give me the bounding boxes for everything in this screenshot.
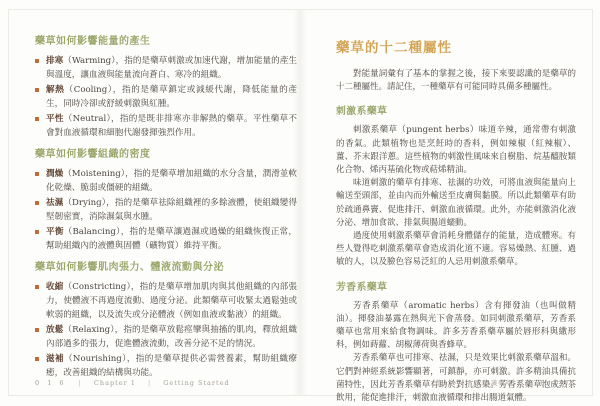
bullet-list: 排寒（Warming），指的是藥草刺激或加速代謝，增加能量的產生與溫度，讓血液與…: [35, 54, 297, 140]
bullet-square-icon: [35, 88, 39, 92]
paragraph: 味道刺激的藥草有排寒、祛濕的功效，可將血液與能量向上輸送至頭部，並由內而外輸送至…: [336, 177, 576, 230]
bullet-term: 滋補: [46, 354, 64, 364]
bullet-term-english: （Balancing）: [64, 227, 121, 237]
bullet-square-icon: [35, 201, 39, 205]
book-spread: 藥草如何影響能量的產生 排寒（Warming），指的是藥草刺激或加速代謝，增加能…: [0, 0, 600, 406]
bullet-term: 解熱: [46, 85, 65, 95]
right-page-footer: 第1章 | 認識藥草 | 0 1 7: [436, 379, 572, 387]
footer-divider: |: [79, 379, 82, 387]
page-number: 0 1 7: [540, 379, 572, 387]
bullet-term-english: （Relaxing）: [63, 325, 114, 335]
bullet-square-icon: [35, 328, 39, 332]
bullet-item: 祛濕（Drying），指的是藥草祛除組織裡的多餘液體，使組織變得堅韌密實，消除濕…: [35, 196, 297, 224]
chapter-title: 認識藥草: [483, 379, 513, 387]
footer-divider: |: [525, 379, 528, 387]
bullet-item: 排寒（Warming），指的是藥草刺激或加速代謝，增加能量的產生與溫度，讓血液與…: [35, 54, 297, 82]
section-heading: 藥草如何影響組織的密度: [35, 149, 297, 161]
page-number: 0 1 6: [35, 379, 67, 387]
bullet-square-icon: [35, 230, 39, 234]
bullet-item: 潤燥（Moistening），指的是藥草增加組織的水分含量，潤滑並軟化乾燥、脆弱…: [35, 167, 297, 195]
bullet-term: 祛濕: [46, 198, 63, 208]
left-page: 藥草如何影響能量的產生 排寒（Warming），指的是藥草刺激或加速代謝，增加能…: [35, 36, 297, 389]
subsection-heading-aromatic: 芳香系藥草: [336, 282, 576, 294]
page-title: 藥草的十二種屬性: [336, 40, 576, 56]
subsection-heading-pungent: 刺激系藥草: [336, 106, 576, 118]
bullet-term: 放鬆: [46, 325, 63, 335]
bullet-term-english: （Cooling）: [65, 85, 113, 95]
bullet-item: 滋補（Nourishing），指的是藥草提供必需營養素，幫助組織療癒，改善組織的…: [35, 352, 297, 380]
bullet-square-icon: [35, 172, 39, 176]
footer-divider: |: [468, 379, 471, 387]
bullet-item: 平性（Neutral），指的是既非排寒亦非解熱的藥草。平性藥草不會對血液循環和細…: [35, 112, 297, 140]
bullet-square-icon: [35, 59, 39, 63]
bullet-item: 解熱（Cooling），指的是藥草鎮定或減緩代謝，降低能量的產生，同時冷卻或舒緩…: [35, 83, 297, 111]
bullet-item: 放鬆（Relaxing），指的是藥草放鬆痙攣與抽搐的肌肉，釋放組織內部過多的張力…: [35, 323, 297, 351]
bullet-term: 排寒: [46, 56, 63, 66]
section-muscle-tone: 藥草如何影響肌肉張力、體液流動與分泌 收縮（Constricting），指的是藥…: [35, 262, 297, 380]
chapter-title: Getting Started: [163, 379, 229, 387]
chapter-label: 第1章: [436, 379, 456, 387]
bullet-term-english: （Moistening）: [63, 169, 125, 179]
footer-divider: |: [148, 379, 151, 387]
section-density: 藥草如何影響組織的密度 潤燥（Moistening），指的是藥草增加組織的水分含…: [35, 149, 297, 253]
intro-paragraph: 對能量詞彙有了基本的掌握之後，接下來要認識的是藥草的十二種屬性。請記住，一種藥草…: [336, 68, 576, 94]
paragraph: 芳香系藥草（aromatic herbs）含有揮發油（也叫做精油）。揮發油暴露在…: [336, 300, 576, 353]
bullet-list: 潤燥（Moistening），指的是藥草增加組織的水分含量，潤滑並軟化乾燥、脆弱…: [35, 167, 297, 253]
bullet-term-english: （Drying）: [63, 198, 106, 208]
section-heading: 藥草如何影響能量的產生: [35, 36, 297, 48]
left-page-footer: 0 1 6 | Chapter 1 | Getting Started: [35, 379, 230, 387]
chapter-label: Chapter 1: [94, 379, 136, 387]
bullet-square-icon: [35, 357, 39, 361]
bullet-term-english: （Warming）: [63, 56, 115, 66]
section-heading: 藥草如何影響肌肉張力、體液流動與分泌: [35, 262, 297, 274]
paragraph: 過度使用刺激系藥草會消耗身體儲存的能量，造成體寒。有些人覺得吃刺激系藥草會造成消…: [336, 230, 576, 270]
bullet-term: 收縮: [46, 282, 64, 292]
section-energy: 藥草如何影響能量的產生 排寒（Warming），指的是藥草刺激或加速代謝，增加能…: [35, 36, 297, 140]
bullet-term-english: （Neutral）: [64, 114, 111, 124]
bullet-term: 平性: [46, 114, 64, 124]
bullet-term: 平衡: [46, 227, 64, 237]
paragraph: 刺激系藥草（pungent herbs）味道辛辣，通常帶有刺激的香氣。此類植物也…: [336, 124, 576, 177]
bullet-item: 平衡（Balancing），指的是藥草讓過濕或過燥的組織恢復正常，幫助組織內的液…: [35, 225, 297, 253]
bullet-list: 收縮（Constricting），指的是藥草增加肌肉與其他組織的內部張力，使體液…: [35, 280, 297, 380]
bullet-square-icon: [35, 117, 39, 121]
bullet-term-english: （Constricting）: [64, 282, 131, 292]
bullet-square-icon: [35, 285, 39, 289]
bullet-item: 收縮（Constricting），指的是藥草增加肌肉與其他組織的內部張力，使體液…: [35, 280, 297, 322]
right-page: 藥草的十二種屬性 對能量詞彙有了基本的掌握之後，接下來要認識的是藥草的十二種屬性…: [336, 40, 576, 405]
bullet-term-english: （Nourishing）: [64, 354, 127, 364]
bullet-term: 潤燥: [46, 169, 63, 179]
